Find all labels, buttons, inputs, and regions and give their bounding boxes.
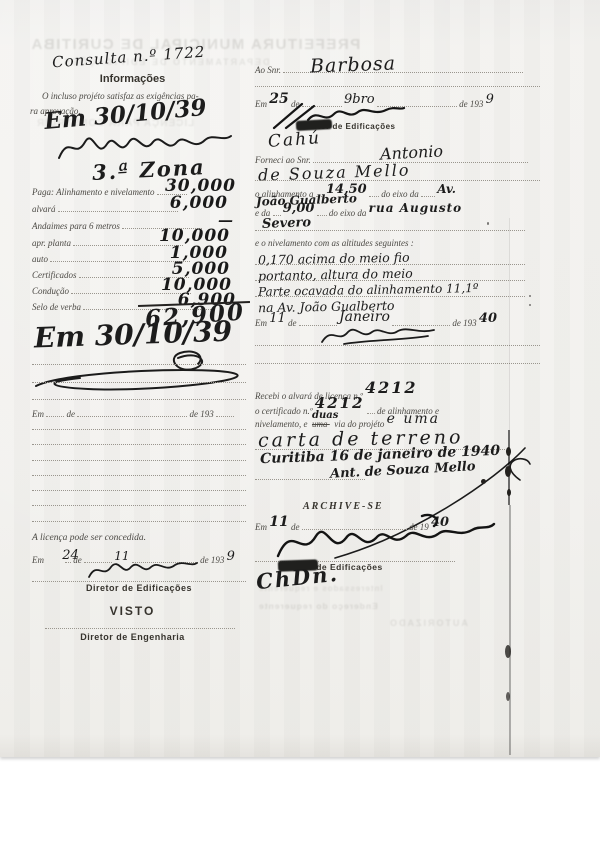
blank-line bbox=[32, 474, 246, 476]
fee-value: 6,000 bbox=[170, 193, 228, 213]
blank-date-line: Em de de 193 bbox=[32, 407, 246, 419]
informacoes-heading: Informações bbox=[30, 73, 235, 85]
blank-line bbox=[255, 85, 540, 87]
ink-dot bbox=[481, 479, 486, 484]
handwritten-addition: e uma bbox=[387, 411, 440, 427]
handwritten-day: 11 bbox=[269, 311, 286, 326]
signature bbox=[85, 555, 200, 583]
ink-speck bbox=[529, 304, 531, 306]
ghost-line-2: Endereço do requerente bbox=[258, 601, 378, 611]
archive-se-label: ARCHIVE-SE bbox=[303, 501, 384, 512]
handwritten-street: rua Augusto bbox=[369, 201, 462, 215]
blank-line bbox=[255, 344, 540, 346]
handwritten-avenue: Av. bbox=[437, 182, 456, 196]
ghost-line-3: AUTORIZADO bbox=[388, 618, 468, 628]
handwritten-correction: duas bbox=[312, 410, 338, 421]
fee-row: alvará 6,000 bbox=[32, 202, 248, 214]
blank-line bbox=[32, 520, 246, 522]
blank-line bbox=[255, 229, 525, 231]
blank-line bbox=[32, 443, 246, 445]
scanned-form-page: PREFEITURA MUNICIPAL DE CURITIBA DEPARTA… bbox=[0, 0, 600, 849]
ghost-line-1: Interessados e requerente bbox=[258, 584, 383, 593]
fee-label: apr. planta bbox=[32, 238, 71, 248]
director-edificacoes-label: Diretor de Edificações bbox=[32, 583, 246, 593]
fee-label: Certificados bbox=[32, 270, 77, 280]
fee-label: Paga: Alinhamento e nivelamento bbox=[32, 187, 155, 197]
blank-line bbox=[255, 362, 540, 364]
handwritten-note-1: Cahú bbox=[267, 128, 321, 152]
fee-label: Andaimes para 6 metros bbox=[32, 221, 120, 231]
fee-label: Condução bbox=[32, 286, 69, 296]
fold-crease bbox=[509, 218, 510, 430]
ink-blob bbox=[507, 489, 511, 496]
director-engenharia-label: Diretor de Engenharia bbox=[30, 632, 235, 642]
handwritten-year: 9 bbox=[486, 92, 494, 107]
ink-blob bbox=[505, 645, 511, 658]
ink-blob bbox=[506, 447, 511, 456]
blank-line bbox=[32, 504, 246, 506]
blank-line bbox=[32, 398, 246, 400]
fee-label: alvará bbox=[32, 204, 56, 214]
ink-blob bbox=[505, 466, 511, 477]
blank-line bbox=[255, 179, 540, 181]
signature-line bbox=[45, 627, 235, 629]
blank-line bbox=[255, 279, 525, 281]
ink-blob bbox=[506, 692, 510, 701]
handwritten-year: 40 bbox=[479, 311, 497, 326]
license-note: A licença pode ser concedida. bbox=[32, 533, 146, 543]
handwritten-number: 4212 bbox=[365, 378, 418, 397]
blank-line bbox=[32, 428, 246, 430]
blank-line bbox=[32, 381, 246, 383]
blank-line bbox=[255, 295, 525, 297]
ao-snr-line: Ao Snr. bbox=[255, 63, 540, 75]
fee-label: auto bbox=[32, 254, 48, 264]
nivelamento-intro: e o nivelamento com as altitudes seguint… bbox=[255, 238, 414, 248]
ink-speck bbox=[529, 295, 531, 297]
fee-label: Selo de verba bbox=[32, 302, 81, 312]
addressee-name: Barbosa bbox=[310, 53, 397, 78]
fold-crease bbox=[509, 505, 511, 755]
handwritten-measure: 9,00 bbox=[283, 201, 315, 216]
visto-label: VISTO bbox=[30, 604, 235, 618]
ink-speck bbox=[487, 222, 489, 225]
handwritten-year: 9 bbox=[227, 549, 235, 564]
blank-line bbox=[32, 489, 246, 491]
blank-line bbox=[32, 459, 246, 461]
struck-word: uma duas bbox=[312, 419, 330, 429]
signature-line bbox=[32, 580, 246, 582]
handwritten-day: 24 bbox=[62, 548, 79, 563]
signature-flourish bbox=[28, 348, 248, 404]
blank-line bbox=[32, 363, 246, 365]
blank-line bbox=[255, 263, 525, 265]
